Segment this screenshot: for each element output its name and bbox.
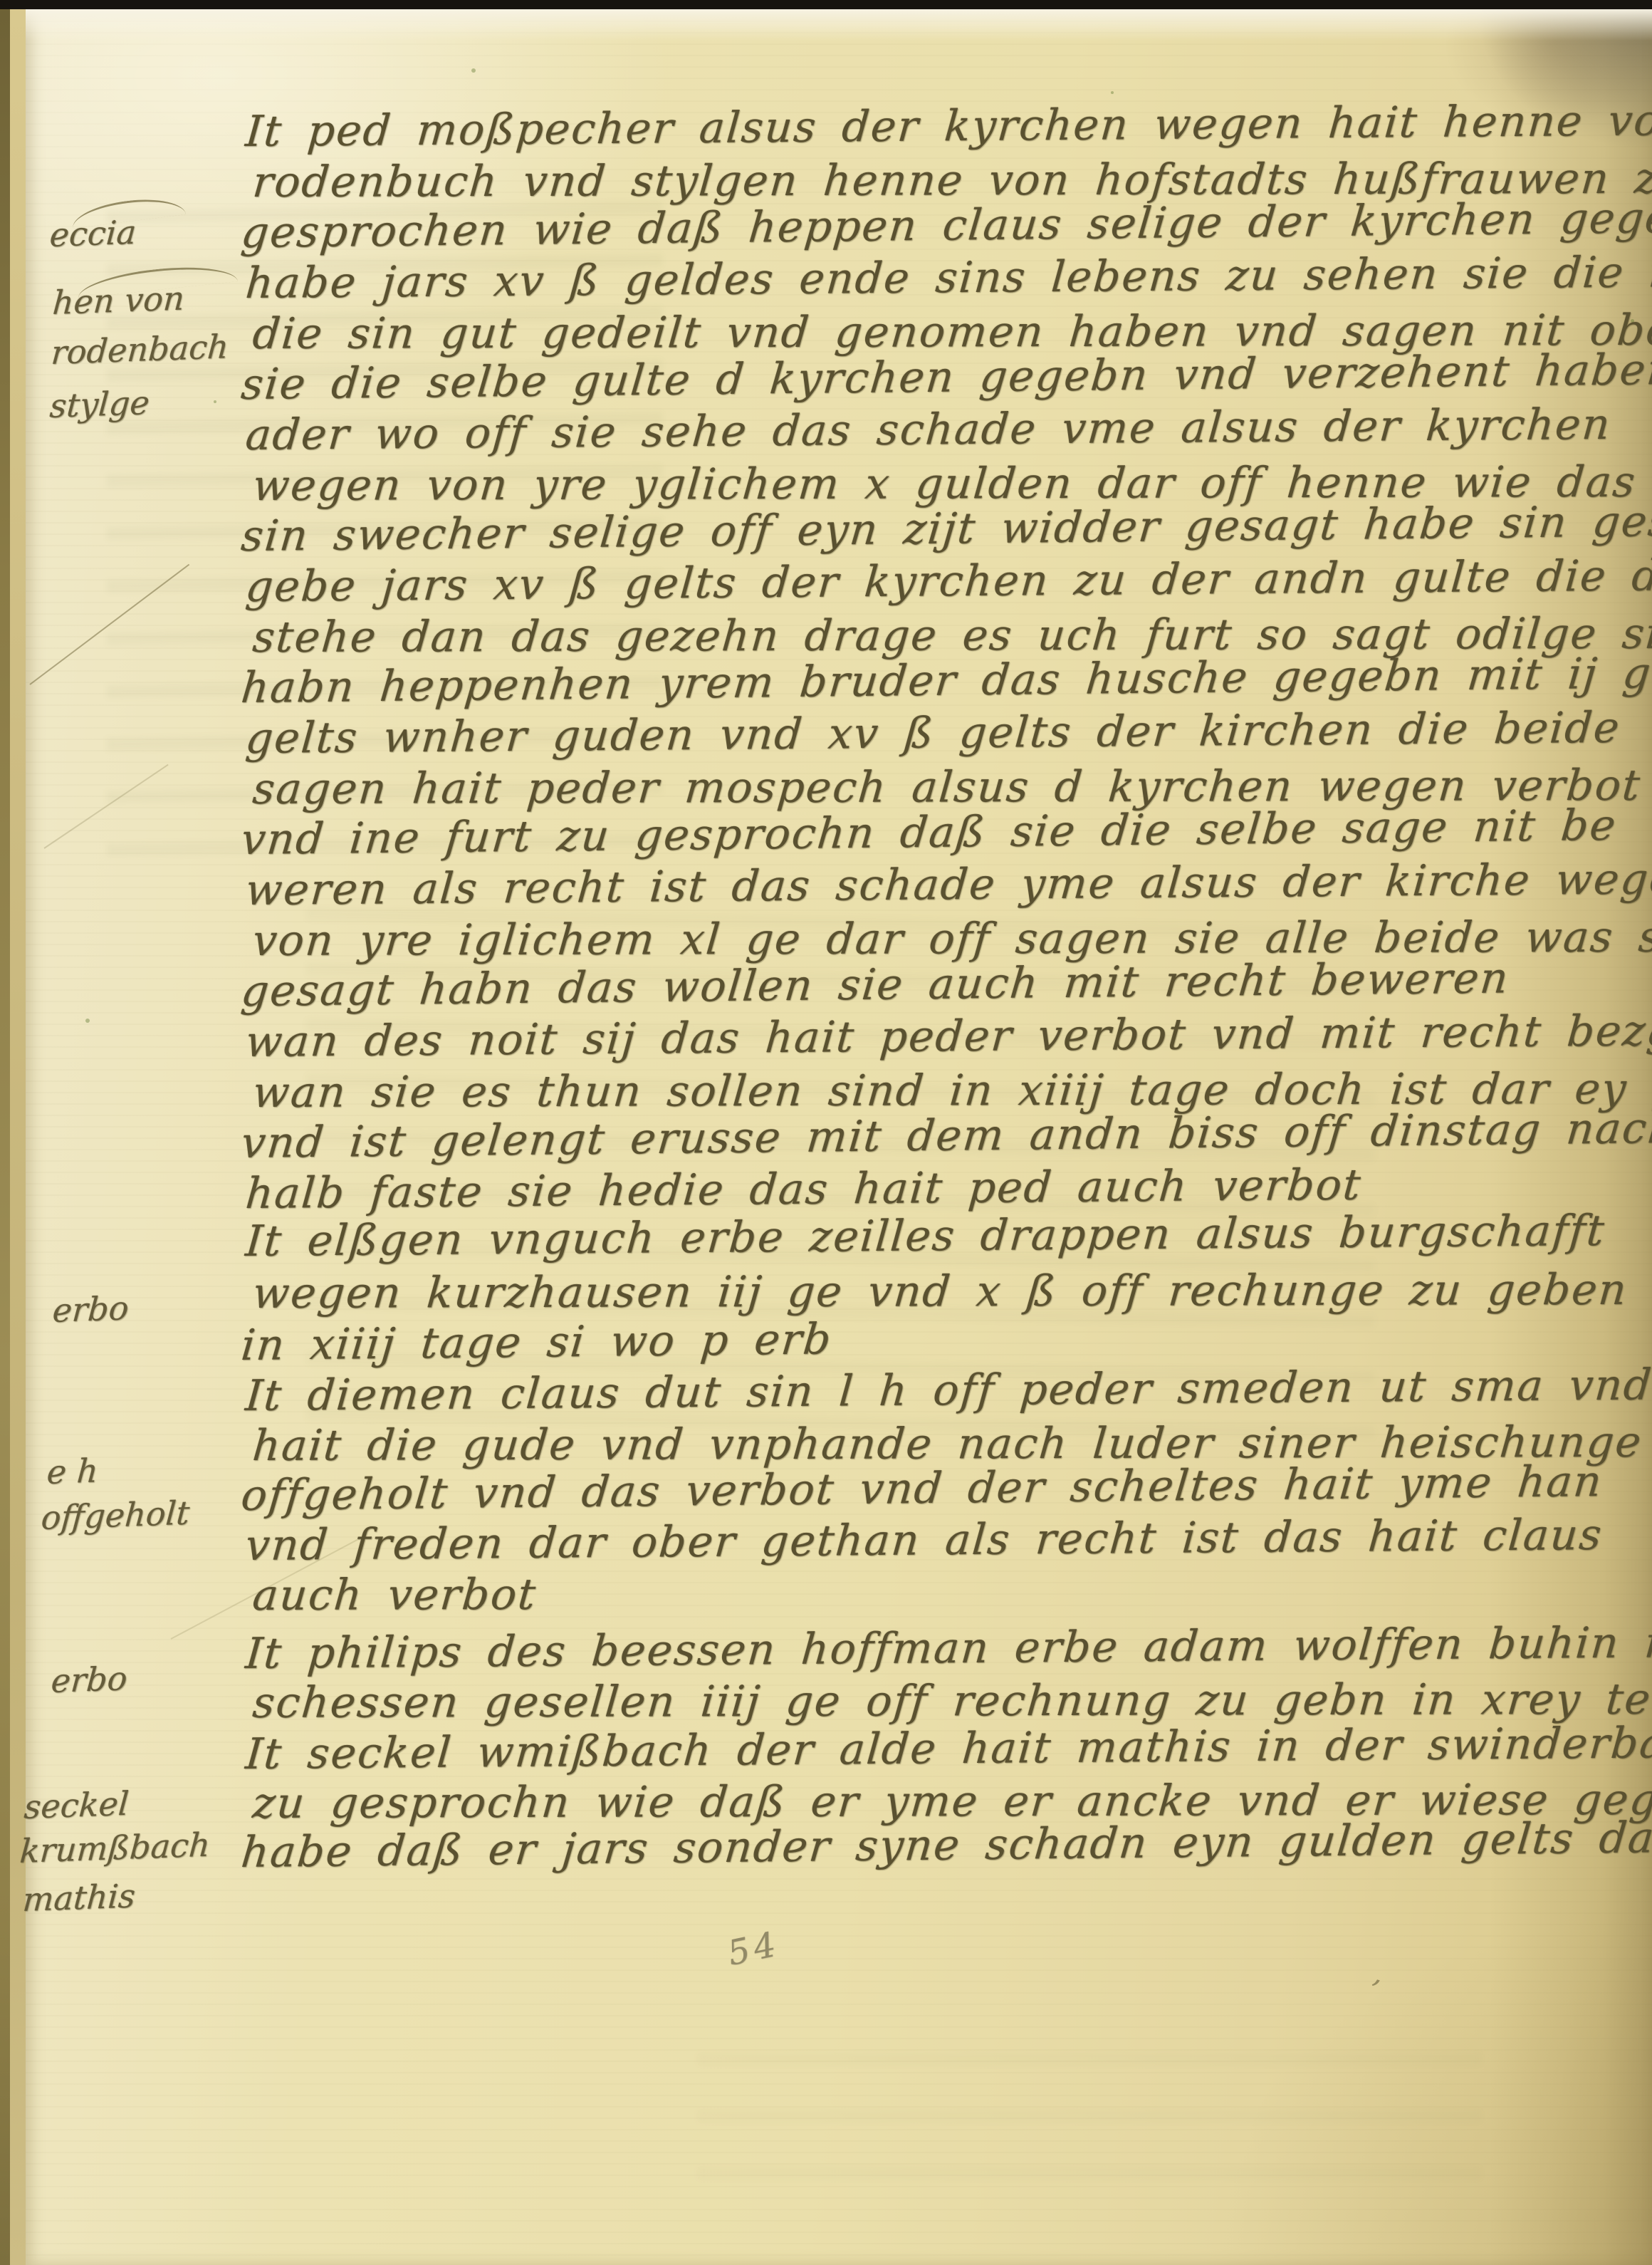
manuscript-line: weren als recht ist das schade yme alsus… <box>244 855 1637 916</box>
manuscript-line: gebe jars xv ß gelts der kyrchen zu der … <box>244 551 1637 613</box>
manuscript-entry: It elßgen vnguch erbe zeilles drappen al… <box>246 1216 1634 1372</box>
deckle-edge-top <box>26 9 1652 43</box>
manuscript-line: It elßgen vnguch erbe zeilles drappen al… <box>244 1205 1637 1268</box>
margin-note-rodenbach: rodenbach <box>50 327 230 372</box>
manuscript-line: vnd freden dar ober gethan als recht ist… <box>244 1510 1637 1571</box>
margin-note-offgeholt: offgeholt <box>40 1494 191 1537</box>
paper-speck <box>85 1019 90 1023</box>
margin-note-erbo: erbo <box>51 1288 130 1330</box>
paper-speck <box>214 400 216 403</box>
manuscript-entry: It seckel wmißbach der alde hait mathis … <box>246 1730 1634 1878</box>
margin-note-e-h: e h <box>46 1452 99 1491</box>
manuscript-entry: It philips des beessen hoffman erbe adam… <box>246 1630 1634 1728</box>
margin-note-krumssbach: krumßbach <box>19 1826 211 1870</box>
manuscript-line: gelts wnher guden vnd xv ß gelts der kir… <box>244 703 1637 764</box>
verso-showthrough <box>698 2023 1481 2222</box>
paper-speck <box>1111 91 1114 94</box>
margin-note-stylge: stylge <box>48 383 151 425</box>
manuscript-entry: It diemen claus dut sin l h off peder sm… <box>246 1371 1634 1620</box>
margin-note-mathis: mathis <box>21 1877 137 1919</box>
margin-note-erbo: erbo <box>50 1659 128 1700</box>
manuscript-line: It philips des beessen hoffman erbe adam… <box>244 1619 1637 1679</box>
manuscript-line: It seckel wmißbach der alde hait mathis … <box>244 1719 1637 1779</box>
manuscript-line: ader wo off sie sehe das schade vme alsu… <box>244 400 1637 461</box>
manuscript-line: wan des noit sij das hait peder verbot v… <box>244 1006 1637 1068</box>
margin-note-hen-von: hen von <box>51 279 186 322</box>
binding-edge-inner <box>10 9 26 2265</box>
manuscript-line: auch verbot <box>251 1567 1643 1620</box>
margin-note-seckel: seckel <box>23 1784 130 1826</box>
margin-note-ecclesia: eccia <box>48 213 137 254</box>
manuscript-line: habe jars xv ß geldes ende sins lebens z… <box>244 248 1637 309</box>
manuscript-scan: eccia hen von rodenbach stylge erbo e h … <box>0 0 1652 2265</box>
paper-speck <box>471 68 476 73</box>
binding-edge-outer <box>0 9 10 2265</box>
manuscript-line: It diemen claus dut sin l h off peder sm… <box>244 1360 1637 1421</box>
manuscript-line: It ped moßpecher alsus der kyrchen wegen… <box>244 96 1637 157</box>
manuscript-entry: It ped moßpecher alsus der kyrchen wegen… <box>246 107 1634 1219</box>
